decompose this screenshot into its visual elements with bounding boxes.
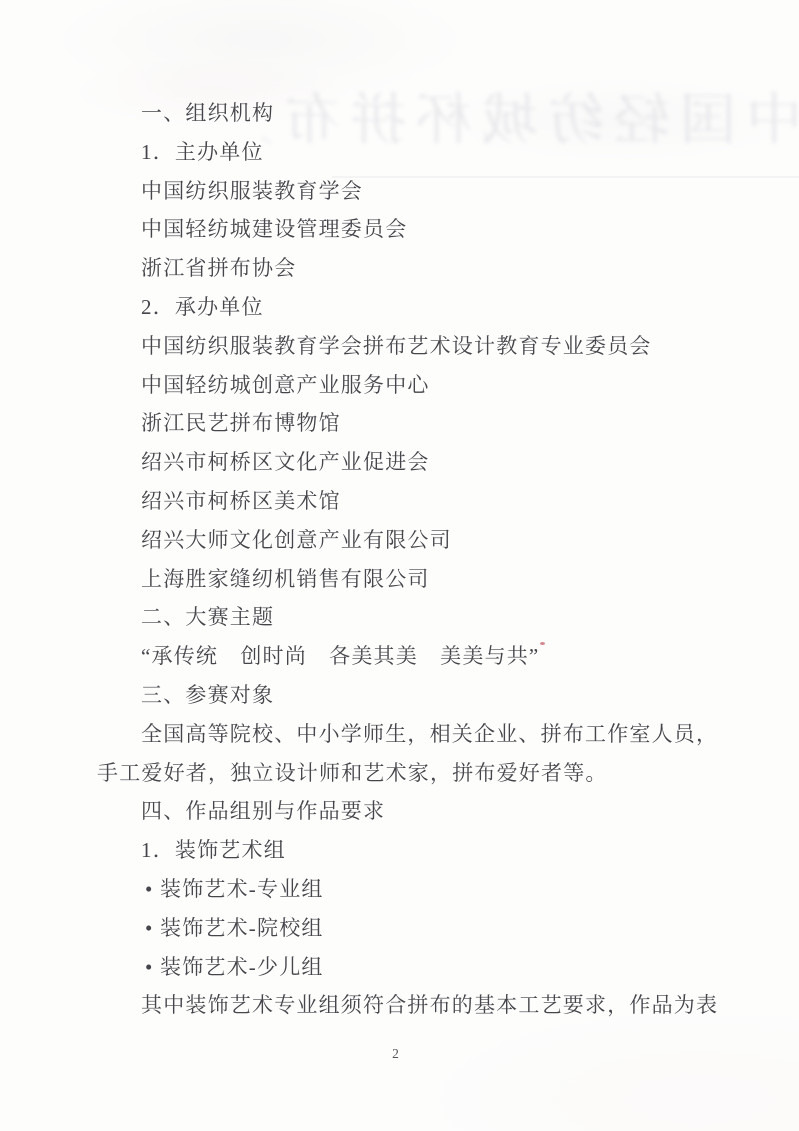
text-line: 手工爱好者，独立设计师和艺术家，拼布爱好者等。	[97, 754, 763, 793]
text-line: 绍兴市柯桥区文化产业促进会	[97, 443, 763, 482]
subsection-heading: 2．承办单位	[97, 288, 763, 327]
text-line: 绍兴大师文化创意产业有限公司	[97, 521, 763, 560]
section-heading: 二、大赛主题	[97, 598, 763, 637]
text-line: 浙江省拼布协会	[97, 249, 763, 288]
text-line: 中国轻纺城创意产业服务中心	[97, 366, 763, 405]
subsection-heading: 1．装饰艺术组	[97, 831, 763, 870]
text-line: 中国纺织服装教育学会	[97, 172, 763, 211]
text-line: 上海胜家缝纫机销售有限公司	[97, 560, 763, 599]
document-body: 一、组织机构 1．主办单位 中国纺织服装教育学会 中国轻纺城建设管理委员会 浙江…	[97, 94, 763, 1025]
section-heading: 三、参赛对象	[97, 676, 763, 715]
text-line: 全国高等院校、中小学师生，相关企业、拼布工作室人员，	[97, 715, 763, 754]
text-line: 绍兴市柯桥区美术馆	[97, 482, 763, 521]
text-line: 中国轻纺城建设管理委员会	[97, 210, 763, 249]
subsection-heading: 1．主办单位	[97, 133, 763, 172]
page-number: 2	[0, 1046, 791, 1062]
scanned-document-page: 中国轻纺城杯拼布大 一、组织机构 1．主办单位 中国纺织服装教育学会 中国轻纺城…	[0, 0, 799, 1131]
bullet-item: • 装饰艺术-院校组	[97, 909, 763, 948]
theme-quote-line: “承传统 创时尚 各美其美 美美与共”	[97, 637, 763, 676]
section-heading: 一、组织机构	[97, 94, 763, 133]
text-line: 浙江民艺拼布博物馆	[97, 404, 763, 443]
text-line: 中国纺织服装教育学会拼布艺术设计教育专业委员会	[97, 327, 763, 366]
bullet-item: • 装饰艺术-专业组	[97, 870, 763, 909]
bullet-item: • 装饰艺术-少儿组	[97, 948, 763, 987]
section-heading: 四、作品组别与作品要求	[97, 792, 763, 831]
text-line: 其中装饰艺术专业组须符合拼布的基本工艺要求，作品为表	[97, 986, 763, 1025]
